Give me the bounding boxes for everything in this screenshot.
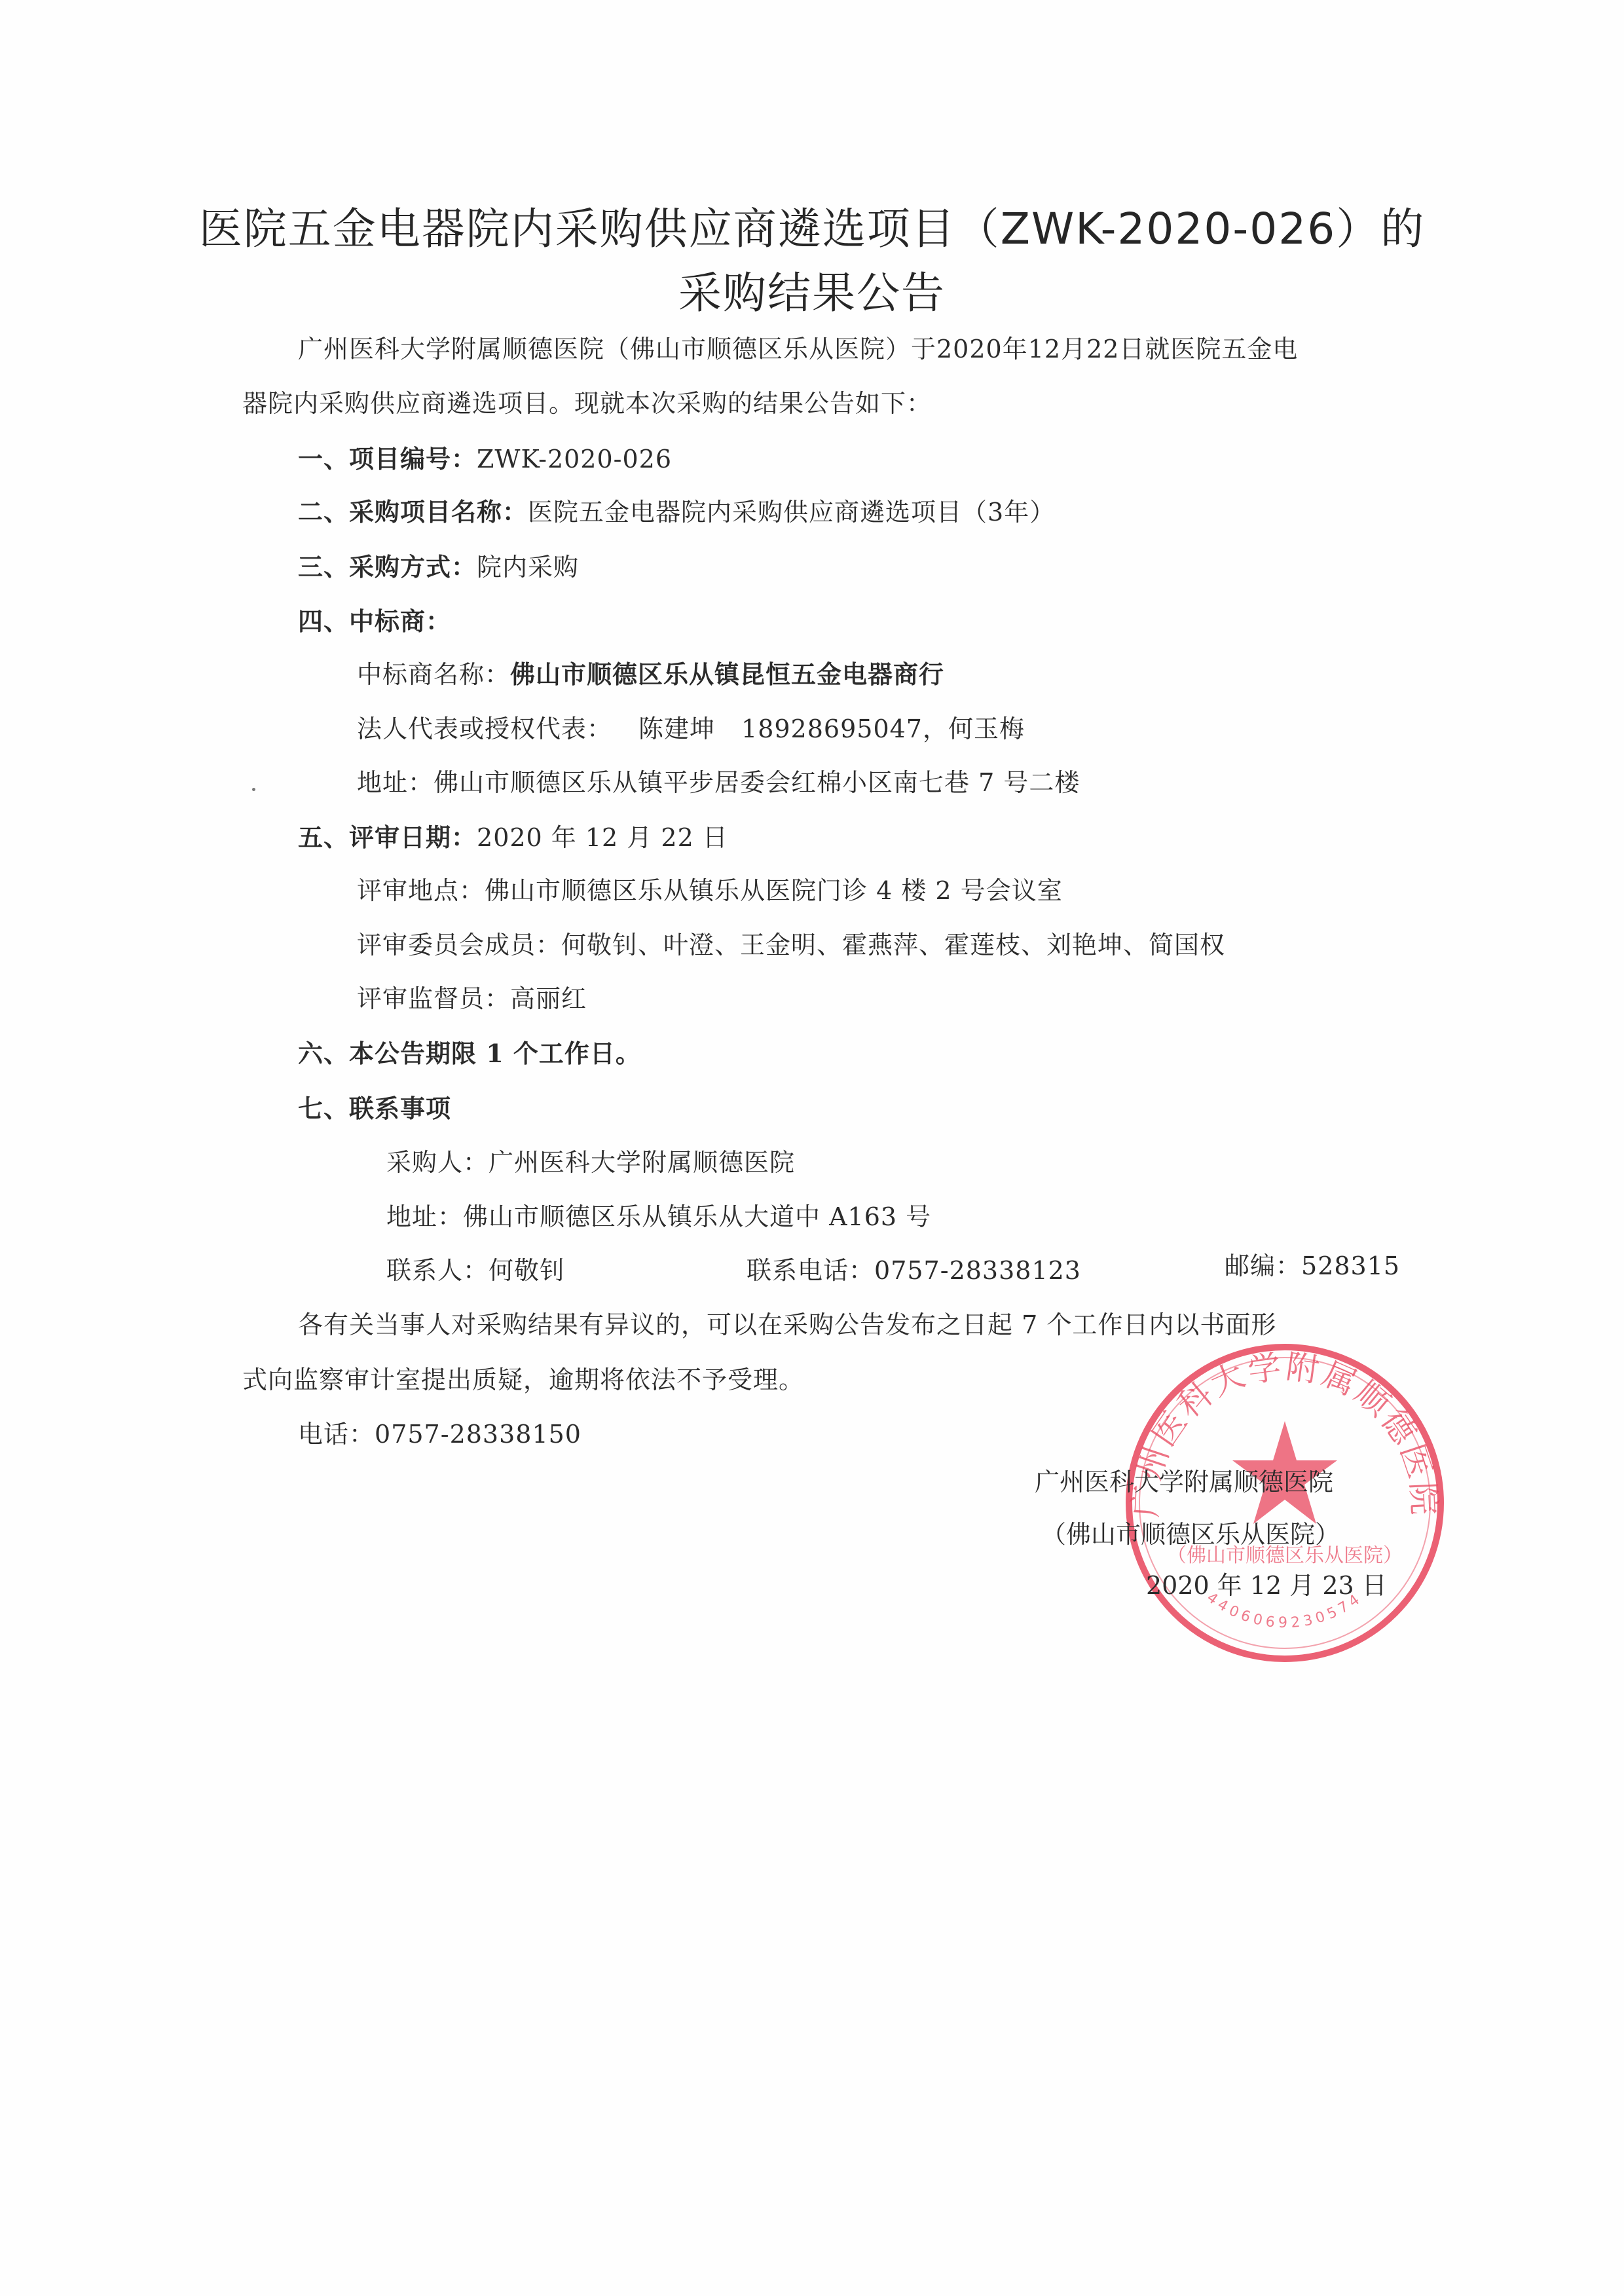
signature-org-line2: （佛山市顺德区乐从医院）: [1041, 1518, 1340, 1551]
review-place-value: 佛山市顺德区乐从镇乐从医院门诊 4 楼 2 号会议室: [485, 876, 1063, 905]
contact-address-value: 佛山市顺德区乐从镇乐从大道中 A163 号: [463, 1202, 931, 1231]
contact-zip-label: 邮编：: [1225, 1251, 1301, 1280]
contact-phone-value: 0757-28338123: [874, 1256, 1081, 1285]
method-value: 院内采购: [477, 553, 579, 582]
winner-address-label: 地址：: [357, 768, 434, 797]
contact-phone-label: 联系电话：: [747, 1256, 874, 1285]
review-place: 评审地点：佛山市顺德区乐从镇乐从医院门诊 4 楼 2 号会议室: [357, 874, 1063, 907]
contact-zip-value: 528315: [1301, 1251, 1400, 1280]
objection-phone-value: 0757-28338150: [375, 1420, 581, 1449]
review-committee: 评审委员会成员：何敬钊、叶澄、王金明、霍燕萍、霍莲枝、刘艳坤、简国权: [357, 929, 1225, 961]
review-date-label: 五、评审日期：: [298, 823, 477, 852]
document-title-line1: 医院五金电器院内采购供应商遴选项目（ZWK-2020-026）的: [0, 194, 1624, 256]
project-name-label: 二、采购项目名称：: [298, 497, 528, 527]
section-winner-label: 四、中标商：: [298, 605, 451, 638]
scan-speck: [252, 788, 255, 791]
section-notice-period: 六、本公告期限 1 个工作日。: [298, 1037, 641, 1070]
method-label: 三、采购方式：: [298, 552, 477, 582]
intro-line1: 广州医科大学附属顺德医院（佛山市顺德区乐从医院）于2020年12月22日就医院五…: [298, 333, 1298, 365]
official-seal-icon: 广州医科大学附属顺德医院 （佛山市顺德区乐从医院） 4406069230574: [1121, 1339, 1449, 1667]
contact-person: 联系人：何敬钊: [386, 1254, 565, 1287]
winner-rep-label: 法人代表或授权代表：: [357, 714, 612, 743]
winner-name: 中标商名称：佛山市顺德区乐从镇昆恒五金电器商行: [357, 658, 944, 691]
intro-line2: 器院内采购供应商遴选项目。现就本次采购的结果公告如下：: [242, 387, 932, 420]
objection-line1: 各有关当事人对采购结果有异议的，可以在采购公告发布之日起 7 个工作日内以书面形: [298, 1308, 1276, 1341]
winner-representative: 法人代表或授权代表：陈建坤18928695047，何玉梅: [357, 713, 1025, 745]
winner-name-label: 中标商名称：: [357, 660, 510, 689]
review-committee-label: 评审委员会成员：: [357, 931, 561, 959]
winner-address: 地址：佛山市顺德区乐从镇平步居委会红棉小区南七巷 7 号二楼: [357, 766, 1080, 799]
section-project-number: 一、项目编号：ZWK-2020-026: [298, 443, 672, 475]
document-page: 医院五金电器院内采购供应商遴选项目（ZWK-2020-026）的 采购结果公告 …: [0, 0, 1624, 2296]
section-contact-label: 七、联系事项: [298, 1092, 451, 1125]
contact-address: 地址：佛山市顺德区乐从镇乐从大道中 A163 号: [386, 1200, 931, 1233]
section-review-date: 五、评审日期：2020 年 12 月 22 日: [298, 821, 728, 854]
winner-rep-name: 陈建坤: [638, 714, 715, 743]
objection-phone-label: 电话：: [298, 1420, 375, 1449]
objection-line2: 式向监察审计室提出质疑，逾期将依法不予受理。: [242, 1363, 804, 1396]
section-method: 三、采购方式：院内采购: [298, 551, 579, 583]
contact-address-label: 地址：: [386, 1202, 463, 1231]
review-supervisor-label: 评审监督员：: [357, 984, 510, 1013]
review-committee-value: 何敬钊、叶澄、王金明、霍燕萍、霍莲枝、刘艳坤、简国权: [561, 931, 1225, 959]
review-supervisor-value: 高丽红: [510, 984, 587, 1013]
document-title-line2: 采购结果公告: [0, 258, 1624, 320]
review-supervisor: 评审监督员：高丽红: [357, 982, 587, 1015]
signature-date: 2020 年 12 月 23 日: [1146, 1569, 1387, 1602]
project-name-value: 医院五金电器院内采购供应商遴选项目（3年）: [528, 498, 1055, 527]
contact-phone: 联系电话：0757-28338123: [747, 1254, 1081, 1287]
objection-phone: 电话：0757-28338150: [298, 1418, 581, 1451]
project-number-label: 一、项目编号：: [298, 444, 477, 473]
contact-buyer: 采购人：广州医科大学附属顺德医院: [386, 1146, 795, 1179]
contact-person-value: 何敬钊: [489, 1256, 565, 1285]
winner-name-value: 佛山市顺德区乐从镇昆恒五金电器商行: [510, 659, 944, 689]
project-number-value: ZWK-2020-026: [477, 445, 672, 473]
winner-rep-phone: 18928695047，何玉梅: [741, 714, 1025, 743]
signature-org-line1: 广州医科大学附属顺德医院: [1035, 1466, 1333, 1498]
review-date-value: 2020 年 12 月 22 日: [477, 823, 728, 852]
contact-person-label: 联系人：: [386, 1256, 489, 1285]
contact-buyer-label: 采购人：: [386, 1148, 489, 1177]
contact-buyer-value: 广州医科大学附属顺德医院: [489, 1148, 795, 1177]
contact-zip: 邮编：528315: [1225, 1250, 1400, 1282]
section-project-name: 二、采购项目名称：医院五金电器院内采购供应商遴选项目（3年）: [298, 496, 1055, 528]
review-place-label: 评审地点：: [357, 876, 485, 905]
winner-address-value: 佛山市顺德区乐从镇平步居委会红棉小区南七巷 7 号二楼: [434, 768, 1080, 797]
